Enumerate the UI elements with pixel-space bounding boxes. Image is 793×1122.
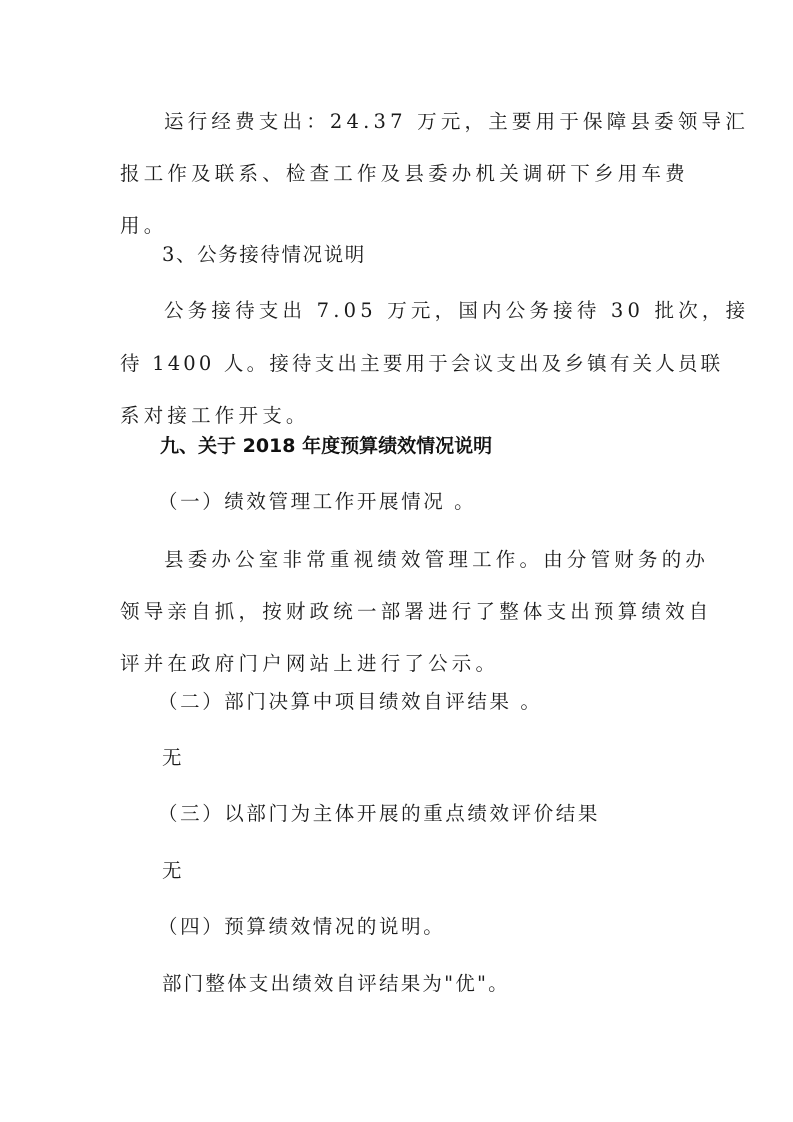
reception-heading: 3、公务接待情况说明 (162, 241, 678, 269)
section-heading-budget-performance: 九、关于 2018 年度预算绩效情况说明 (160, 432, 720, 460)
subsection-2-title: （二）部门决算中项目绩效自评结果 。 (158, 688, 718, 716)
subsection-3-title: （三）以部门为主体开展的重点绩效评价结果 (158, 800, 718, 828)
paragraph-reception-line-2: 待 1400 人。接待支出主要用于会议支出及乡镇有关人员联 (120, 350, 680, 378)
subsection-4-body: 部门整体支出绩效自评结果为"优"。 (162, 970, 722, 998)
document-page: 运行经费支出：24.37 万元，主要用于保障县委领导汇 报工作及联系、检查工作及… (0, 0, 793, 1122)
subsection-1-body-line-1: 县委办公室非常重视绩效管理工作。由分管财务的办 (164, 546, 680, 574)
subsection-3-body: 无 (162, 857, 722, 885)
paragraph-operating-expense-line-3: 用。 (120, 212, 680, 240)
paragraph-reception-line-3: 系对接工作开支。 (120, 402, 680, 430)
paragraph-reception-line-1: 公务接待支出 7.05 万元，国内公务接待 30 批次，接 (164, 297, 680, 325)
paragraph-operating-expense-line-1: 运行经费支出：24.37 万元，主要用于保障县委领导汇 (164, 108, 680, 136)
subsection-1-title: （一）绩效管理工作开展情况 。 (158, 488, 718, 516)
subsection-4-title: （四）预算绩效情况的说明。 (158, 913, 718, 941)
subsection-1-body-line-2: 领导亲自抓，按财政统一部署进行了整体支出预算绩效自 (120, 598, 680, 626)
subsection-2-body: 无 (162, 744, 722, 772)
subsection-1-body-line-3: 评并在政府门户网站上进行了公示。 (120, 650, 680, 678)
paragraph-operating-expense-line-2: 报工作及联系、检查工作及县委办机关调研下乡用车费 (120, 160, 680, 188)
